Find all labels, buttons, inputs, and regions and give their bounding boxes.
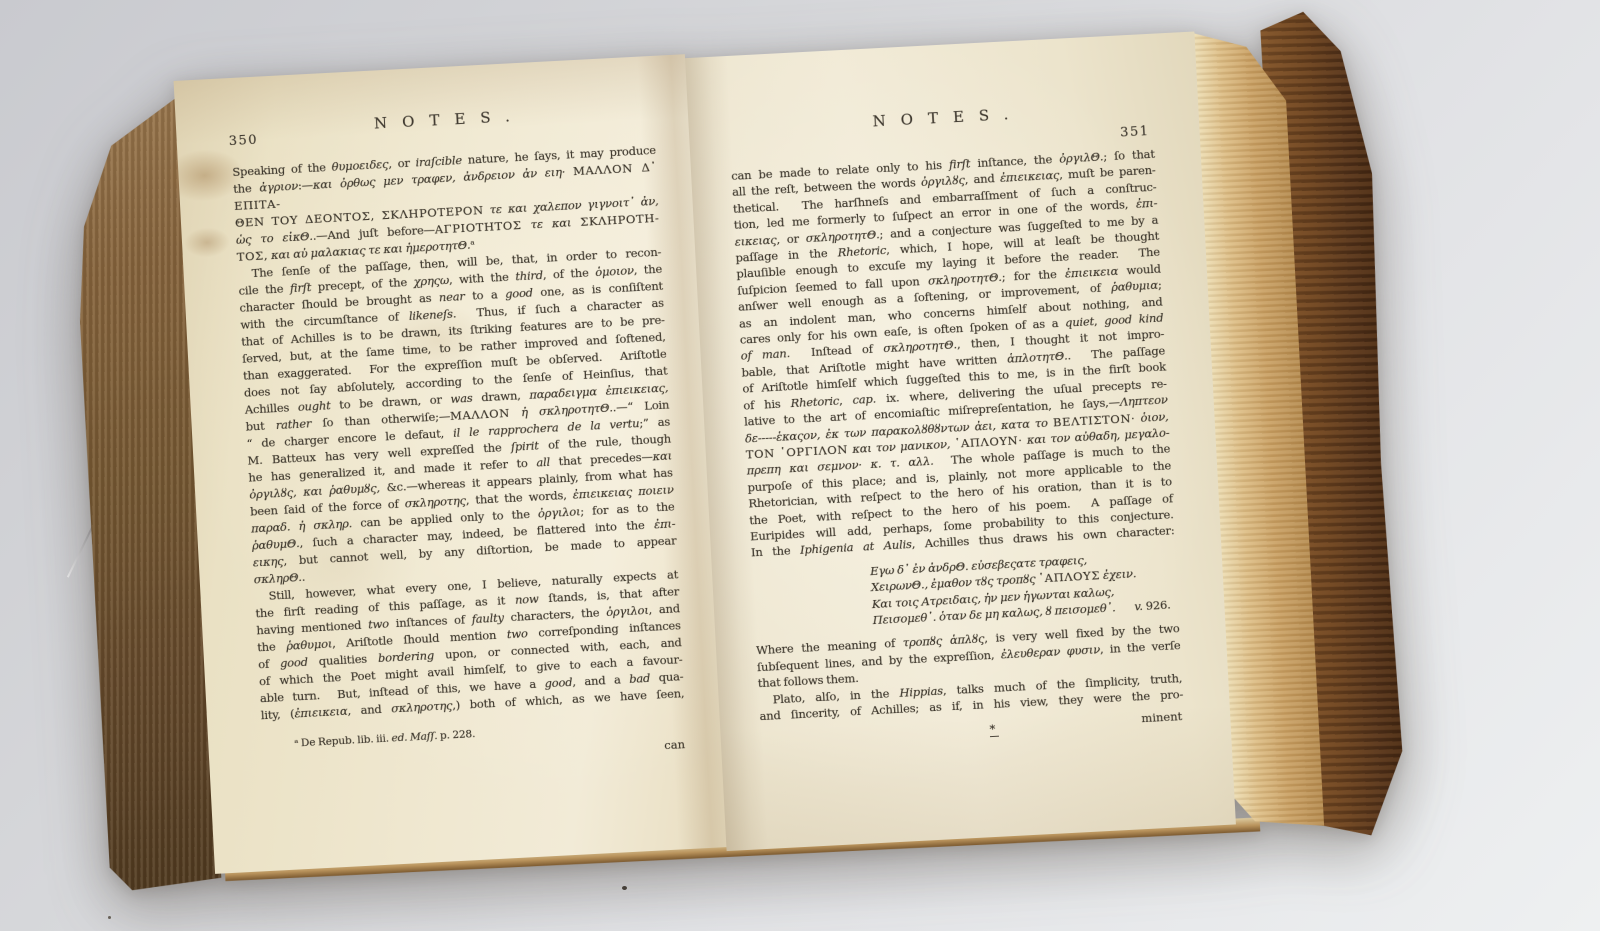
text-segment: near	[439, 289, 465, 304]
text-segment: , of the	[542, 265, 595, 282]
greek-text: ὡς το εἰκΘ.	[236, 229, 313, 247]
greek-text: σκληροτης	[404, 493, 466, 510]
text-segment: inſtances of	[389, 612, 473, 630]
text-segment: ; for as to the	[580, 499, 675, 518]
greek-text: τε και	[530, 215, 571, 231]
text-segment: ᵃ	[470, 237, 475, 251]
text-segment: the	[233, 181, 260, 196]
running-head-title: NOTES.	[374, 107, 526, 133]
greek-text: ὀργιλοι	[606, 603, 649, 619]
greek-text: ΜΑΛΛΟΝ	[450, 406, 510, 423]
text-segment: , and	[964, 171, 1000, 187]
text-segment: now	[515, 592, 539, 607]
text-segment: In the	[751, 543, 801, 560]
greek-text: και	[652, 448, 672, 463]
text-segment: , or	[388, 155, 416, 170]
text-segment: 926.	[1142, 597, 1170, 612]
text-segment: , the	[633, 262, 662, 277]
text-segment: quiet	[1065, 314, 1095, 329]
greek-text: ἁπλοτητΘ.	[1007, 348, 1068, 365]
text-segment: ought	[297, 398, 330, 414]
greek-text: ἐπιεικεια	[1065, 264, 1119, 281]
text-segment: ſpirit	[510, 438, 539, 453]
greek-text: ἐπιεικεια	[294, 704, 348, 721]
greek-text: ἐχειν.	[1100, 566, 1137, 582]
greek-text: ἐπιεικειας	[1000, 168, 1060, 185]
text-block-right: can be made to relate only to his firſt …	[731, 146, 1175, 561]
text-block-right-lower: Where the meaning of τροπȣς ἁπλȣς, is ve…	[756, 620, 1184, 724]
running-head-right: NOTES. 351	[728, 98, 1152, 138]
greek-text: ἐπι-	[1136, 196, 1158, 211]
greek-text: ὁιον,	[1135, 409, 1169, 425]
text-segment: , and	[347, 701, 392, 717]
greek-text: εικης	[252, 554, 283, 570]
text-segment: drawn,	[472, 388, 530, 405]
text-segment: qualities	[307, 651, 378, 669]
greek-text: ΣΚΛΗΡΟΤΗ-	[580, 211, 660, 229]
signature-mark: *	[989, 722, 999, 737]
greek-text: ῾ΑΠΛΟΥΣ	[1038, 568, 1100, 585]
text-segment: ; for the	[1001, 266, 1065, 283]
text-segment: Rhetoric	[790, 393, 839, 410]
greek-verse-block: Εγω δ᾽ ἐν ἀνδρΘ. εὐσεβεςατε τραφεις,Χειρ…	[870, 547, 1179, 629]
greek-text: ῥαθυμια	[1111, 278, 1158, 294]
text-segment: ᵃ De Repub. lib. iii.	[294, 732, 392, 749]
text-segment: , and a	[572, 672, 630, 689]
text-segment: good kind	[1104, 311, 1164, 328]
text-segment: two	[368, 616, 390, 631]
text-segment: , in the verſe	[1100, 638, 1181, 656]
open-book: 350 NOTES. Speaking of the θυμοειδες, or…	[68, 19, 1407, 896]
text-block-left: Speaking of the θυμοειδες, or iraſcible …	[232, 142, 685, 724]
text-segment: , or	[776, 231, 806, 247]
text-segment: ,	[839, 393, 853, 408]
greek-text: σκληρΘ.	[253, 570, 302, 586]
text-segment: bordering	[378, 648, 435, 665]
text-segment: Rhetoric	[837, 243, 886, 260]
text-segment: .	[301, 570, 305, 584]
text-segment: of man.	[740, 347, 790, 364]
text-segment: bad	[629, 671, 651, 686]
greek-text: Ληπτεον	[1119, 392, 1167, 408]
text-segment: rather	[275, 416, 311, 432]
page-number-left: 350	[228, 133, 258, 150]
greek-text: σκληροτης	[391, 698, 453, 715]
verse-reference: v. 926.	[1134, 596, 1171, 614]
text-segment: ed. Maſſ.	[391, 730, 437, 744]
greek-text: ΑΓΡΙΟΤΗΤΟΣ	[434, 218, 522, 237]
text-segment: but	[245, 418, 276, 434]
text-segment: Hippias	[899, 683, 943, 699]
greek-text: ῥαθυμοι	[286, 636, 333, 652]
text-segment	[509, 405, 521, 420]
text-segment: iraſcible	[415, 153, 462, 169]
text-segment: ,	[1094, 314, 1105, 329]
backdrop-speck	[622, 886, 627, 890]
text-segment: :—	[298, 178, 314, 193]
text-segment: ;	[1158, 278, 1162, 292]
text-segment: good	[505, 285, 533, 300]
greek-text: θυμοειδες	[331, 157, 388, 174]
text-segment: Iphigenia at Aulis	[800, 537, 912, 557]
greek-text: ἐπι-	[654, 516, 676, 531]
greek-text: ΤΟΣ,	[236, 248, 268, 264]
text-segment: all	[536, 455, 550, 470]
text-segment: third	[515, 268, 543, 283]
text-segment: cile the	[238, 281, 290, 298]
running-head-left: 350 NOTES.	[230, 100, 654, 140]
greek-text: εικειας	[734, 232, 776, 248]
text-segment: was	[450, 391, 473, 406]
text-segment: of	[258, 656, 281, 671]
text-segment: the	[257, 639, 287, 654]
text-segment: good	[544, 675, 572, 690]
text-segment: to a	[464, 287, 505, 303]
text-segment: Achilles	[244, 400, 298, 417]
text-segment: p. 228.	[437, 728, 475, 742]
greek-text: χρηςω	[413, 273, 449, 289]
greek-text: ὀργιλΘ.	[1059, 149, 1104, 165]
catchword-right: minent	[1141, 709, 1183, 725]
text-segment: faulty	[471, 610, 504, 626]
text-segment: qua-	[650, 669, 684, 685]
greek-text: ὀργιλοι	[538, 504, 581, 520]
greek-text: ὁμοιον	[595, 263, 634, 279]
text-segment: firſt	[949, 156, 971, 171]
text-segment: lity, (	[260, 707, 294, 723]
greek-text: ῥαθυμΘ.	[252, 536, 300, 552]
greek-text: ὀργιλȣς	[921, 173, 965, 189]
text-segment: would	[1118, 261, 1161, 277]
text-segment: ; ſo that	[1103, 147, 1155, 164]
text-segment: likeneſs	[409, 307, 454, 323]
greek-text: ἀγριον	[259, 179, 298, 195]
text-segment: two	[507, 626, 529, 641]
left-page: 350 NOTES. Speaking of the θυμοειδες, or…	[174, 54, 727, 874]
text-segment: cap.	[852, 391, 876, 406]
text-segment: , with the	[449, 269, 516, 286]
paper-stain	[183, 226, 231, 258]
text-segment: of his	[743, 396, 791, 412]
text-segment: firſt	[290, 280, 312, 295]
text-segment: .—“ Loin	[612, 397, 669, 414]
page-number-right: 351	[1120, 124, 1150, 141]
backdrop-speck	[108, 916, 111, 919]
text-segment: good	[280, 655, 308, 670]
text-segment: , and	[648, 601, 680, 617]
right-page: NOTES. 351 can be made to relate only to…	[685, 31, 1236, 851]
text-segment: ;” as	[639, 414, 670, 430]
running-head-title: NOTES.	[872, 105, 1024, 131]
